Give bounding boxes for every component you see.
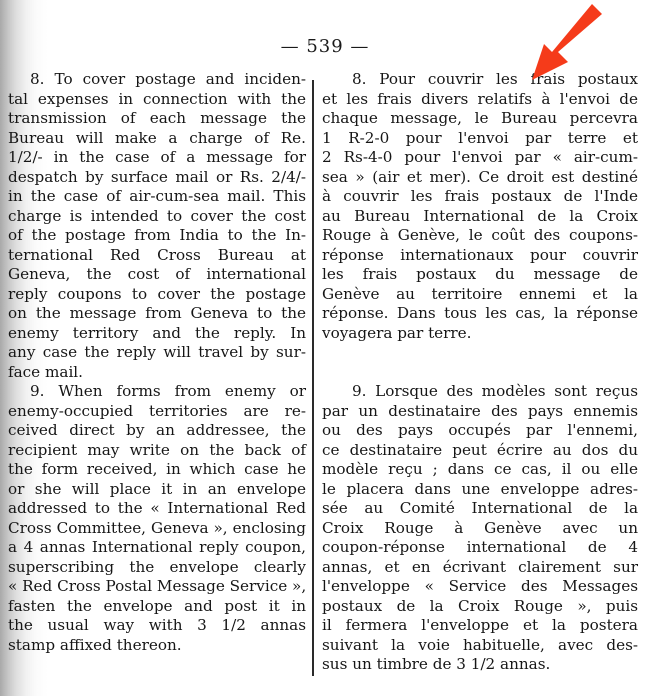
text-line: enemy territory and the reply. In xyxy=(8,324,306,344)
text-line: Genève au territoire ennemi et la xyxy=(322,285,638,305)
text-line: voyagera par terre. xyxy=(322,324,638,344)
text-line: ce destinataire peut écrire au dos du xyxy=(322,441,638,461)
paragraph-8-french: 8. Pour couvrir les frais postaux et les… xyxy=(322,70,638,343)
text-line: 2 Rs-4-0 pour l'envoi par « air-cum- xyxy=(322,148,638,168)
text-line: recipient may write on the back of xyxy=(8,441,306,461)
text-line: annas, et en écrivant clairement sur xyxy=(322,558,638,578)
text-line: any case the reply will travel by sur- xyxy=(8,343,306,363)
text-line: réponse internationaux pour couvrir xyxy=(322,246,638,266)
text-line: 8. To cover postage and inciden- xyxy=(8,70,306,90)
text-line: modèle reçu ; dans ce cas, il ou elle xyxy=(322,460,638,480)
text-line: les frais postaux du message de xyxy=(322,265,638,285)
text-line: Geneva, the cost of international xyxy=(8,265,306,285)
text-line: ceived direct by an addressee, the xyxy=(8,421,306,441)
text-line: postaux de la Croix Rouge », puis xyxy=(322,597,638,617)
text-line: au Bureau International de la Croix xyxy=(322,207,638,227)
text-line: Cross Committee, Geneva », enclosing xyxy=(8,519,306,539)
text-line: in the case of air-cum-sea mail. This xyxy=(8,187,306,207)
text-line: on the message from Geneva to the xyxy=(8,304,306,324)
text-line: of the postage from India to the In- xyxy=(8,226,306,246)
text-line: 9. When forms from enemy or xyxy=(8,382,306,402)
text-line: the form received, in which case he xyxy=(8,460,306,480)
text-line: coupon-réponse international de 4 xyxy=(322,538,638,558)
text-line: Croix Rouge à Genève avec un xyxy=(322,519,638,539)
text-line: or she will place it in an envelope xyxy=(8,480,306,500)
text-line: « Red Cross Postal Message Service », xyxy=(8,577,306,597)
text-line: Bureau will make a charge of Re. xyxy=(8,129,306,149)
text-line: tal expenses in connection with the xyxy=(8,90,306,110)
text-line: le placera dans une enveloppe adres- xyxy=(322,480,638,500)
text-line: chaque message, le Bureau percevra xyxy=(322,109,638,129)
text-line: ternational Red Cross Bureau at xyxy=(8,246,306,266)
paragraph-8-english: 8. To cover postage and inciden- tal exp… xyxy=(8,70,306,382)
text-line: 1/2/- in the case of a message for xyxy=(8,148,306,168)
text-line: addressed to the « International Red xyxy=(8,499,306,519)
text-line: sus un timbre de 3 1/2 annas. xyxy=(322,655,638,675)
text-line: face mail. xyxy=(8,363,306,383)
red-arrow-annotation-icon xyxy=(520,0,610,85)
text-line: à couvrir les frais postaux de l'Inde xyxy=(322,187,638,207)
text-line: sea » (air et mer). Ce droit est destiné xyxy=(322,168,638,188)
text-line: superscribing the envelope clearly xyxy=(8,558,306,578)
paragraph-9-english: 9. When forms from enemy or enemy-occupi… xyxy=(8,382,306,655)
text-line: l'enveloppe « Service des Messages xyxy=(322,577,638,597)
scanned-page: — 539 — 8. To cover postage and inciden-… xyxy=(0,0,650,696)
text-line: a 4 annas International reply coupon, xyxy=(8,538,306,558)
paragraph-9-french: 9. Lorsque des modèles sont reçus par un… xyxy=(322,382,638,675)
text-line: Rouge à Genève, le coût des coupons- xyxy=(322,226,638,246)
text-line: transmission of each message the xyxy=(8,109,306,129)
text-line: stamp affixed thereon. xyxy=(8,636,306,656)
text-line: 1 R-2-0 pour l'envoi par terre et xyxy=(322,129,638,149)
text-line: sée au Comité International de la xyxy=(322,499,638,519)
text-line: et les frais divers relatifs à l'envoi d… xyxy=(322,90,638,110)
column-divider xyxy=(312,80,314,676)
text-line: reply coupons to cover the postage xyxy=(8,285,306,305)
text-line: réponse. Dans tous les cas, la réponse xyxy=(322,304,638,324)
text-line: despatch by surface mail or Rs. 2/4/- xyxy=(8,168,306,188)
text-line: 9. Lorsque des modèles sont reçus xyxy=(322,382,638,402)
text-line: suivant la voie habituelle, avec des- xyxy=(322,636,638,656)
text-line: charge is intended to cover the cost xyxy=(8,207,306,227)
english-column: 8. To cover postage and inciden- tal exp… xyxy=(8,70,306,655)
text-line: ou des pays occupés par l'ennemi, xyxy=(322,421,638,441)
paragraph-gap xyxy=(322,343,638,382)
text-line: par un destinataire des pays ennemis xyxy=(322,402,638,422)
text-line: the usual way with 3 1/2 annas xyxy=(8,616,306,636)
text-line: fasten the envelope and post it in xyxy=(8,597,306,617)
french-column: 8. Pour couvrir les frais postaux et les… xyxy=(322,70,638,675)
text-line: enemy-occupied territories are re- xyxy=(8,402,306,422)
text-line: il fermera l'enveloppe et la postera xyxy=(322,616,638,636)
